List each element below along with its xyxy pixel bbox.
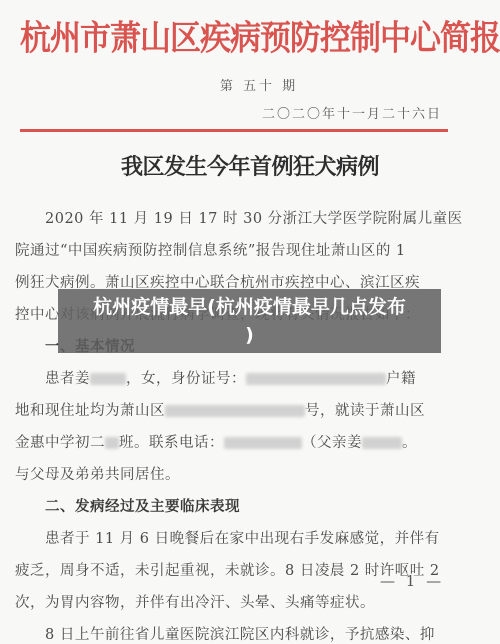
- body-line: 2020 年 11 月 19 日 17 时 30 分浙江大学医学院附属儿童医: [15, 203, 445, 235]
- redaction: [105, 437, 119, 449]
- body-line: 金惠中学初二班。联系电话：（父亲姜。: [15, 427, 445, 459]
- red-divider: [20, 129, 448, 132]
- body-line: 患者姜，女，身份证号：户籍: [15, 363, 445, 395]
- overlay-title-line1: 杭州疫情最早(杭州疫情最早几点发布: [58, 293, 441, 321]
- redaction: [165, 405, 305, 417]
- title-overlay-banner: 杭州疫情最早(杭州疫情最早几点发布 ): [58, 289, 441, 353]
- text-fragment: 号，就读于萧山区: [305, 403, 425, 419]
- masthead-title: 杭州市萧山区疾病预防控制中心简报: [20, 10, 460, 60]
- text-fragment: 金惠中学初二: [15, 435, 105, 451]
- redaction: [224, 437, 302, 449]
- body-line: 院通过“中国疾病预防控制信息系统”报告现住址萧山区的 1: [15, 235, 445, 267]
- redaction: [90, 373, 126, 385]
- body-line: 地和现住址均为萧山区号，就读于萧山区: [15, 395, 445, 427]
- article-headline: 我区发生今年首例狂犬病例: [0, 150, 500, 181]
- text-fragment: 。: [402, 435, 417, 451]
- body-line: 与父母及弟弟共同居住。: [15, 459, 445, 491]
- text-fragment: 患者姜: [45, 371, 90, 387]
- text-fragment: 地和现住址均为萧山区: [15, 403, 165, 419]
- section-heading-clinical: 二、发病经过及主要临床表现: [15, 491, 445, 523]
- body-line: 患者于 11 月 6 日晚餐后在家中出现右手发麻感觉，并伴有: [15, 523, 445, 555]
- text-fragment: 户籍: [386, 371, 416, 387]
- issue-number: 第 五十 期: [0, 75, 500, 94]
- body-line: 次，为胃内容物，并伴有出冷汗、头晕、头痛等症状。: [15, 587, 445, 619]
- page-number: — 1 —: [380, 572, 444, 590]
- redaction: [246, 373, 386, 385]
- text-fragment: 班。联系电话：: [119, 435, 224, 451]
- text-fragment: ，女，身份证号：: [126, 371, 246, 387]
- redaction: [362, 437, 402, 449]
- issue-date: 二〇二〇年十一月二十六日: [262, 103, 442, 122]
- overlay-title: 杭州疫情最早(杭州疫情最早几点发布 ): [58, 293, 441, 349]
- text-fragment: （父亲姜: [302, 435, 362, 451]
- body-line: 8 日上午前往省儿童医院滨江院区内科就诊，予抗感染、抑: [15, 619, 445, 644]
- overlay-title-line2: ): [58, 321, 441, 349]
